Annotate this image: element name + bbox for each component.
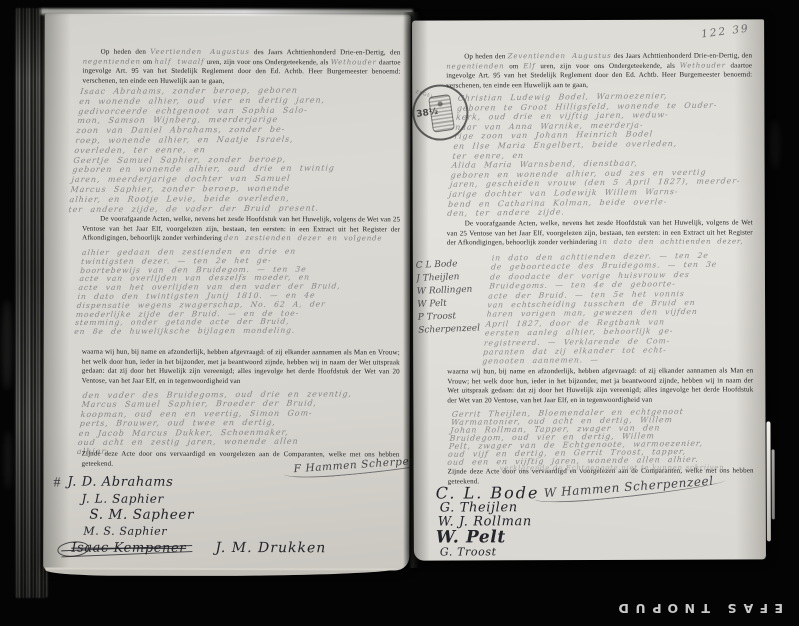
handwritten-witnesses-block: Gerrit Theijlen, Bloemendaler en echtgen… [447, 407, 758, 467]
handwritten-closing-note: verklarende de Echtgenoote niet te kunne… [500, 464, 725, 473]
signature-row: Isaac Kempener J. M. Drukken [71, 540, 326, 558]
handwritten-day: negentienden [446, 62, 504, 70]
register-page-right: 122 39 Op heden den Zeventienden Augustu… [412, 19, 766, 560]
handwritten-hour: half twaalf [154, 57, 204, 65]
signature-block: C. L. Bode G. Theijlen W. J. Rollman W. … [436, 484, 540, 558]
signature-drukken: J. M. Drukken [215, 540, 326, 556]
page-corner-edge [772, 449, 775, 519]
microfilm-scan: Op heden den Veertienden Augustus des Ja… [0, 0, 799, 626]
register-page-left: Op heden den Veertienden Augustus des Ja… [43, 14, 410, 571]
hash-mark: # [53, 476, 60, 492]
handwritten-parties-block: Isaac Abrahams, zonder beroep, geborenen… [68, 85, 411, 214]
handwritten-official-title: Wethouder [680, 61, 726, 69]
stamp-crest [428, 94, 455, 133]
printed-text: uren, zijn voor ons Ondergeteekende, als [540, 61, 675, 69]
printed-text: des Jaars Achttienhonderd Drie-en-Dertig… [614, 51, 740, 59]
printed-marriage-paragraph: waarna wij hun, bij name en afzonderlijk… [82, 348, 400, 387]
signature-bode: C. L. Bode [436, 484, 540, 501]
signature-saphier-2: S. M. Sapheer [89, 507, 194, 523]
signature-pelt: W. Pelt [436, 529, 540, 546]
margin-signatures: C L BodeJ TheijlenW RollingenW PeltP Tro… [416, 257, 489, 338]
signature: # J. D. Abrahams [67, 474, 326, 492]
handwritten-acts-block: in dato den achttienden dezer. — ten 2ed… [482, 250, 760, 366]
handwritten-parties-block: Christian Ludewig Bodel, Warmoezenier,ge… [447, 90, 759, 219]
handwritten-witnesses-block: den vader des Bruidegoms, oud drie en ze… [76, 389, 403, 457]
signature-block: # J. D. Abrahams J. L. Saphier S. M. Sap… [67, 474, 326, 558]
printed-text: waarna wij hun, bij name en afzonderlijk… [82, 348, 367, 357]
printed-text: De voorafgaande Acten, welke, nevens het… [465, 218, 753, 227]
signature: J. L. Saphier [67, 491, 326, 508]
printed-text: des Jaars Achttienhonderd Drie-en-Dertig… [254, 48, 386, 56]
handwritten-acts-continuation: den zestienden dezer en volgende [224, 234, 383, 242]
printed-text: van 25 Ventose van het Jaar Elf, voorgel… [447, 228, 726, 237]
printed-text: uren, zijn voor ons Ondergeteekende, als [207, 58, 329, 66]
signature: S. M. Sapheer [67, 507, 326, 524]
page-corner-edge [766, 421, 770, 541]
handwritten-hour: Elf [523, 62, 535, 70]
printed-text: De voorafgaande Acten, welke, nevens het… [100, 215, 378, 224]
signature: M. S. Saphier [67, 523, 326, 541]
film-brand-marking: DUPONT SAFE [612, 601, 799, 616]
printed-text: Op heden den [464, 52, 505, 60]
signature-saphier-3: M. S. Saphier [83, 525, 167, 538]
printed-marriage-paragraph: waarna wij hun, bij name en afzonderlijk… [447, 366, 753, 405]
handwritten-day: negentienden [83, 57, 141, 65]
printed-acts-paragraph: De voorafgaande Acten, welke, nevens het… [447, 218, 753, 248]
handwritten-date: Zeventienden Augustus [508, 52, 612, 60]
signature-saphier-1: J. L. Saphier [81, 492, 163, 506]
handwritten-acts-continuation: in dato den achttienden dezer, [599, 238, 743, 247]
printed-opening-paragraph: Op heden den Zeventienden Augustus des J… [446, 51, 752, 90]
film-smudge [2, 300, 12, 390]
printed-text: om [143, 57, 152, 65]
printed-acts-paragraph: De voorafgaande Acten, welke, nevens het… [82, 215, 400, 245]
signature-crossed-out: Isaac Kempener [71, 541, 186, 557]
printed-text: Op heden den [101, 48, 146, 56]
printed-text: om [509, 62, 518, 70]
printed-text: den [390, 48, 401, 56]
handwritten-official-title: Wethouder [331, 58, 377, 66]
film-smudge [770, 120, 780, 170]
printed-text: den [742, 51, 753, 59]
handwritten-acts-block: alhier gedaan den zestienden en drie ent… [74, 247, 407, 337]
printed-text: Zijnde deze Acte door ons vervaardigd en… [82, 450, 400, 459]
printed-text: geteekend. [82, 459, 114, 467]
film-smudge [4, 430, 12, 490]
signature-abrahams: J. D. Abrahams [67, 475, 173, 490]
printed-opening-paragraph: Op heden den Veertienden Augustus des Ja… [83, 48, 401, 87]
signature-troost: G. Troost [440, 546, 540, 558]
handwritten-date: Veertienden Augustus [150, 48, 250, 56]
printed-text: waarna wij hun, bij name en afzonderlijk… [447, 366, 743, 375]
